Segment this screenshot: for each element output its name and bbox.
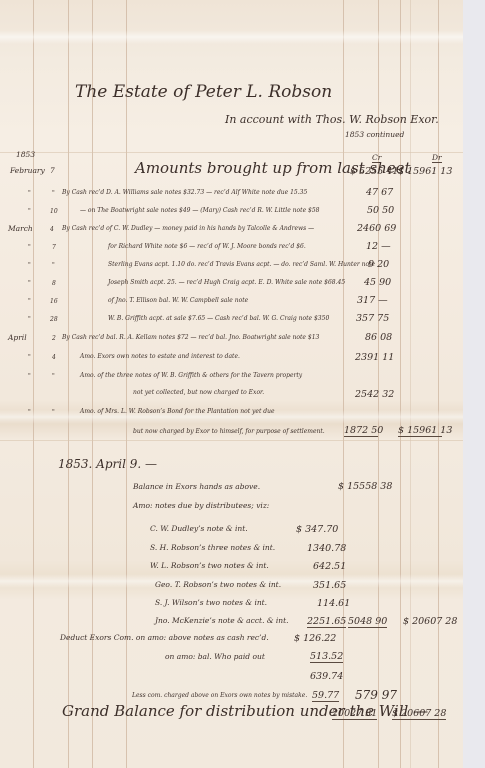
entry-cr: 1872 50 <box>344 425 378 437</box>
entry-desc: Amo. Exors own notes to estate and inter… <box>80 353 240 360</box>
entry-month: " <box>28 298 31 305</box>
entry-desc: By Cash rec’d D. A. Williams sale notes … <box>62 189 307 196</box>
grand-balance-dr: $ 20607 28 <box>392 708 446 720</box>
ruled-line <box>126 0 127 768</box>
notes-dr-total: $ 20607 28 <box>403 616 457 627</box>
entry-month: " <box>28 190 31 197</box>
entry-day: 7 <box>50 166 55 175</box>
note-value: 642.51 <box>313 561 346 572</box>
document-subtitle: In account with Thos. W. Robson Exor. <box>225 113 439 126</box>
entry-desc: By Cash rec’d of C. W. Dudley — money pa… <box>62 225 314 232</box>
year-continued: 1853 continued <box>345 130 404 139</box>
deduct-sum: 639.74 <box>310 671 343 682</box>
entry-cr: 317 — <box>357 295 388 306</box>
ruled-line <box>33 0 34 768</box>
ruled-line <box>92 0 93 768</box>
grand-balance-cr: 20027 31 <box>332 708 377 720</box>
less-value: 59.77 <box>312 690 339 702</box>
note-name: S. J. Wilson’s two notes & int. <box>155 598 267 607</box>
note-value: $ 347.70 <box>296 524 338 535</box>
ruled-line <box>68 0 69 768</box>
entry-cr: 9 20 <box>368 259 389 270</box>
entry-desc-continued: not yet collected, but now charged to Ex… <box>133 389 264 396</box>
entry-month: " <box>28 208 31 215</box>
note-name: S. H. Robson’s three notes & int. <box>150 543 275 552</box>
entry-day: " <box>52 409 55 416</box>
entry-desc: Amo. of the three notes of W. B. Griffit… <box>80 372 302 379</box>
deduct-label: Deduct Exors Com. on amo: above notes as… <box>60 633 269 642</box>
entry-month: " <box>28 244 31 251</box>
entry-month: " <box>28 373 31 380</box>
entry-cr: 2391 11 <box>355 352 394 363</box>
net-deduction: 579 97 <box>355 688 397 702</box>
deduct2-value: 513.52 <box>310 651 343 663</box>
entry-day: 10 <box>50 208 58 215</box>
ledger-page: The Estate of Peter L. Robson In account… <box>0 0 463 768</box>
entry-day: 7 <box>52 244 56 251</box>
entry-cr: $ 5255 411 <box>350 166 404 177</box>
document-title: The Estate of Peter L. Robson <box>75 82 332 102</box>
entry-day: " <box>52 190 55 197</box>
note-value: 1340.78 <box>307 543 346 554</box>
notes-total: 5048 90 <box>348 616 387 628</box>
entry-desc: of Jno. T. Ellison bal. W. W. Campbell s… <box>108 297 248 304</box>
entry-day: 2 <box>52 335 56 342</box>
dr-header: Dr <box>432 153 442 163</box>
entry-cr: 2460 69 <box>357 223 396 234</box>
balance-label: Balance in Exors hands as above. <box>133 482 260 491</box>
note-value: 114.61 <box>317 598 350 609</box>
entry-cr: 45 90 <box>364 277 391 288</box>
entry-day: 4 <box>50 226 54 233</box>
paper-fold <box>0 30 463 44</box>
deduct-value: $ 126.22 <box>294 633 336 644</box>
entry-cr: 12 — <box>366 241 391 252</box>
entry-cr: 47 67 <box>366 187 393 198</box>
entry-cr: 2542 32 <box>355 389 394 400</box>
note-value: 2251.65 <box>307 616 346 628</box>
entry-month: February <box>10 166 45 175</box>
entry-desc-continued: but now charged by Exor to himself, for … <box>133 428 325 435</box>
deduct2-label: on amo: bal. Who paid out <box>165 652 265 661</box>
entry-day: " <box>52 262 55 269</box>
less-label: Less com. charged above on Exors own not… <box>132 692 307 699</box>
entry-month: " <box>28 409 31 416</box>
entry-month: April <box>8 333 27 342</box>
entry-desc: W. B. Griffith acpt. at sale $7.65 — Cas… <box>108 315 329 322</box>
entry-dr: $ 15961 13 <box>398 166 452 177</box>
entry-month: " <box>28 280 31 287</box>
entry-desc: Sterling Evans acpt. 1.10 do. rec’d Trav… <box>108 261 375 268</box>
balance-date: 1853. April 9. — <box>58 457 157 471</box>
entry-desc: Joseph Smith acpt. 25. — rec’d Hugh Crai… <box>108 279 345 286</box>
entry-month: " <box>28 354 31 361</box>
entry-month: " <box>28 316 31 323</box>
note-name: Geo. T. Robson’s two notes & int. <box>155 580 281 589</box>
year-margin: 1853 <box>16 150 35 159</box>
entry-dr: $ 15961 13 <box>398 425 442 437</box>
entry-desc: Amo. of Mrs. L. W. Robson’s Bond for the… <box>80 408 275 415</box>
note-name: C. W. Dudley’s note & int. <box>150 524 248 533</box>
note-name: W. L. Robson’s two notes & int. <box>150 561 269 570</box>
balance-value: $ 15558 38 <box>338 481 392 492</box>
entry-desc: for Richard White note $6 — rec’d of W. … <box>108 243 306 250</box>
entry-desc: By Cash rec’d bal. R. A. Kellam notes $7… <box>62 334 319 341</box>
entry-day: 16 <box>50 298 58 305</box>
entry-cr: 86 08 <box>365 332 392 343</box>
entry-month: " <box>28 262 31 269</box>
notes-label: Amo: notes due by distributees; viz: <box>133 501 269 510</box>
entry-month: March <box>8 224 33 233</box>
entry-cr: 50 50 <box>367 205 394 216</box>
ruled-line <box>0 440 463 441</box>
note-value: 351.65 <box>313 580 346 591</box>
entry-cr: 357 75 <box>356 313 389 324</box>
entry-day: 4 <box>52 354 56 361</box>
note-name: Jno. McKenzie’s note & acct. & int. <box>155 616 289 625</box>
entry-day: 28 <box>50 316 58 323</box>
entry-day: 8 <box>52 280 56 287</box>
entry-desc: — on The Boatwright sale notes $49 — (Ma… <box>80 207 319 214</box>
entry-day: " <box>52 373 55 380</box>
ruled-line <box>0 152 463 153</box>
